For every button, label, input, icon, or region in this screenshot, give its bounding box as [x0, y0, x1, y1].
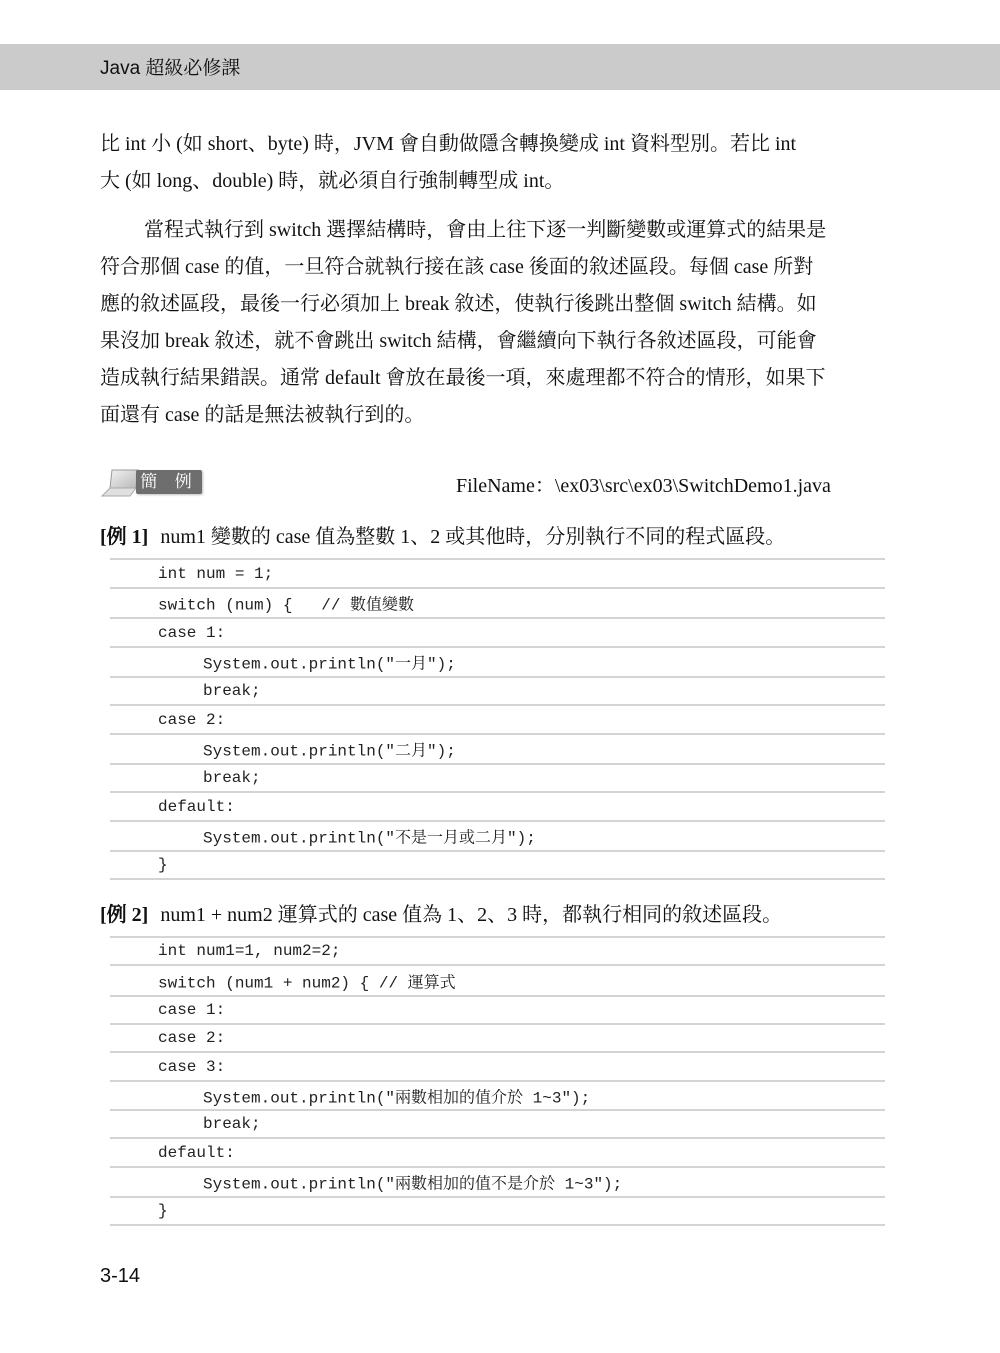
example-description: num1 變數的 case 值為整數 1、2 或其他時，分別執行不同的程式區段。 [160, 526, 785, 548]
running-header: Java 超級必修課 [0, 44, 1000, 90]
paragraph-line: 比 int 小 (如 short、byte) 時，JVM 會自動做隱含轉換變成 … [100, 126, 884, 163]
code-line: int num = 1; [110, 558, 885, 587]
code-line: case 2: [110, 704, 885, 733]
code-line: System.out.println("不是一月或二月"); [110, 820, 885, 850]
code-block-1: int num = 1; switch (num) { // 數值變數 case… [110, 558, 885, 880]
code-line: System.out.println("二月"); [110, 733, 885, 763]
code-line: case 3: [110, 1051, 885, 1080]
paragraph-1: 比 int 小 (如 short、byte) 時，JVM 會自動做隱含轉換變成 … [100, 126, 884, 200]
example-2-heading: [例 2]num1 + num2 運算式的 case 值為 1、2、3 時，都執… [100, 898, 782, 927]
code-line: switch (num1 + num2) { // 運算式 [110, 964, 885, 995]
example-1-heading: [例 1]num1 變數的 case 值為整數 1、2 或其他時，分別執行不同的… [100, 520, 785, 549]
paragraph-line: 大 (如 long、double) 時，就必須自行強制轉型成 int。 [100, 163, 884, 200]
code-line: } [110, 1196, 885, 1226]
example-tag: [例 2] [100, 904, 148, 926]
code-line: System.out.println("兩數相加的值介於 1~3"); [110, 1080, 885, 1109]
code-line: break; [110, 676, 885, 704]
code-line: switch (num) { // 數值變數 [110, 587, 885, 617]
code-line: System.out.println("一月"); [110, 646, 885, 676]
example-label: 簡 例 [136, 470, 202, 494]
paragraph-line: 造成執行結果錯誤。通常 default 會放在最後一項，來處理都不符合的情形，如… [100, 360, 884, 397]
code-line: case 2: [110, 1023, 885, 1051]
code-line: case 1: [110, 617, 885, 646]
example-description: num1 + num2 運算式的 case 值為 1、2、3 時，都執行相同的敘… [160, 904, 782, 926]
paragraph-line: 應的敘述區段，最後一行必須加上 break 敘述，使執行後跳出整個 switch… [100, 286, 884, 323]
code-line: System.out.println("兩數相加的值不是介於 1~3"); [110, 1166, 885, 1196]
source-filename: FileName：\ex03\src\ex03\SwitchDemo1.java [456, 469, 831, 498]
paragraph-2: 當程式執行到 switch 選擇結構時，會由上往下逐一判斷變數或運算式的結果是 … [100, 212, 884, 434]
paragraph-line: 符合那個 case 的值，一旦符合就執行接在該 case 後面的敘述區段。每個 … [100, 249, 884, 286]
code-line: } [110, 850, 885, 880]
code-line: case 1: [110, 995, 885, 1023]
example-badge: 簡 例 [100, 464, 202, 500]
paragraph-line: 當程式執行到 switch 選擇結構時，會由上往下逐一判斷變數或運算式的結果是 [100, 212, 884, 249]
code-line: default: [110, 1137, 885, 1166]
paragraph-line: 果沒加 break 敘述，就不會跳出 switch 結構，會繼續向下執行各敘述區… [100, 323, 884, 360]
code-line: int num1=1, num2=2; [110, 936, 885, 964]
book-title: Java 超級必修課 [100, 58, 240, 80]
code-line: break; [110, 1109, 885, 1137]
paragraph-line: 面還有 case 的話是無法被執行到的。 [100, 397, 884, 434]
page-number: 3-14 [100, 1265, 140, 1288]
example-tag: [例 1] [100, 526, 148, 548]
code-line: break; [110, 763, 885, 791]
code-block-2: int num1=1, num2=2; switch (num1 + num2)… [110, 936, 885, 1226]
code-line: default: [110, 791, 885, 820]
